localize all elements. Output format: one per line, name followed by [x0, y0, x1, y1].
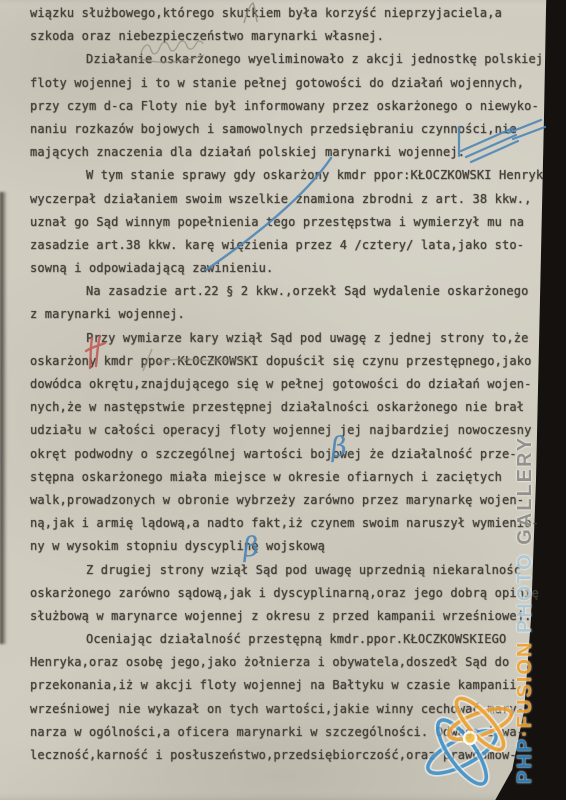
- typed-line: zasadzie art.38 kkw. karę więzienia prze…: [30, 234, 547, 257]
- typed-line: walk,prowadzonych w obronie wybrzeży zar…: [30, 489, 547, 512]
- typed-line: Działanie oskarżonego wyeliminowało z ak…: [30, 48, 547, 71]
- atom-orange-orbits: [445, 692, 515, 756]
- typed-line: szkoda oraz niebezpieczeństwo marynarki …: [30, 25, 547, 48]
- typed-line: floty wojennej i to w stanie pełnej goto…: [30, 72, 547, 95]
- atom-nucleus: [464, 732, 476, 744]
- typed-line: wyczerpał działaniem swoim wszelkie znam…: [30, 188, 547, 211]
- typed-line: Henryka,oraz osobę jego,jako żołnierza i…: [30, 651, 547, 674]
- typed-line: ną,jak i armię lądową,a nadto fakt,iż cz…: [30, 512, 547, 535]
- typed-line: ny w wysokim stopniu dyscyplinę wojskową: [30, 535, 547, 558]
- typed-line: Oceniając działalność przestępną kmdr.pp…: [30, 628, 547, 651]
- typed-line: stępna oskarżonego miała miejsce w okres…: [30, 466, 547, 489]
- typed-line: Na zasadzie art.22 § 2 kkw.,orzekł Sąd w…: [30, 280, 547, 303]
- typed-line: mających znaczenia dla działań polskiej …: [30, 141, 547, 164]
- typed-line: przy czym d-ca Floty nie był informowany…: [30, 95, 547, 118]
- atom-blue-orbits: [422, 713, 501, 790]
- typed-line: dowódca okrętu,znajdującego się w pełnej…: [30, 373, 547, 396]
- typed-line: wiązku służbowego,którego skutkiem była …: [30, 2, 547, 25]
- typed-text: wiązku służbowego,którego skutkiem była …: [0, 2, 547, 767]
- typed-line: uznał go Sąd winnym popełnienia tego prz…: [30, 211, 547, 234]
- typed-line: Z drugiej strony wziął Sąd pod uwagę upr…: [30, 559, 547, 582]
- watermark-text-part: GALLERY: [514, 436, 536, 552]
- watermark-atom-logo: [404, 676, 529, 800]
- typed-line: okręt podwodny o szczególnej wartości bo…: [30, 443, 547, 466]
- typed-line: Przy wymiarze kary wziął Sąd pod uwagę z…: [30, 327, 547, 350]
- typed-line: z marynarki wojennej.: [30, 303, 547, 326]
- typed-line: W tym stanie sprawy gdy oskarżony kmdr p…: [30, 164, 547, 187]
- typed-line: nych,że w następstwie przestępnej działa…: [30, 396, 547, 419]
- typed-line: oskarżonego zarówno sądową,jak i dyscypl…: [30, 582, 547, 605]
- typed-line: sowną i odpowiadającą zawinieniu.: [30, 257, 547, 280]
- typed-line: służbową w marynarce wojennej z okresu z…: [30, 605, 547, 628]
- watermark-text-part: PHOTO: [514, 552, 536, 640]
- typed-line: oskarżony kmdr ppor.KŁOCZKOWSKI dopuścił…: [30, 350, 547, 373]
- typed-line: udziału w całości operacyj floty wojenne…: [30, 419, 547, 442]
- typed-line: naniu rozkazów bojowych i samowolnych pr…: [30, 118, 547, 141]
